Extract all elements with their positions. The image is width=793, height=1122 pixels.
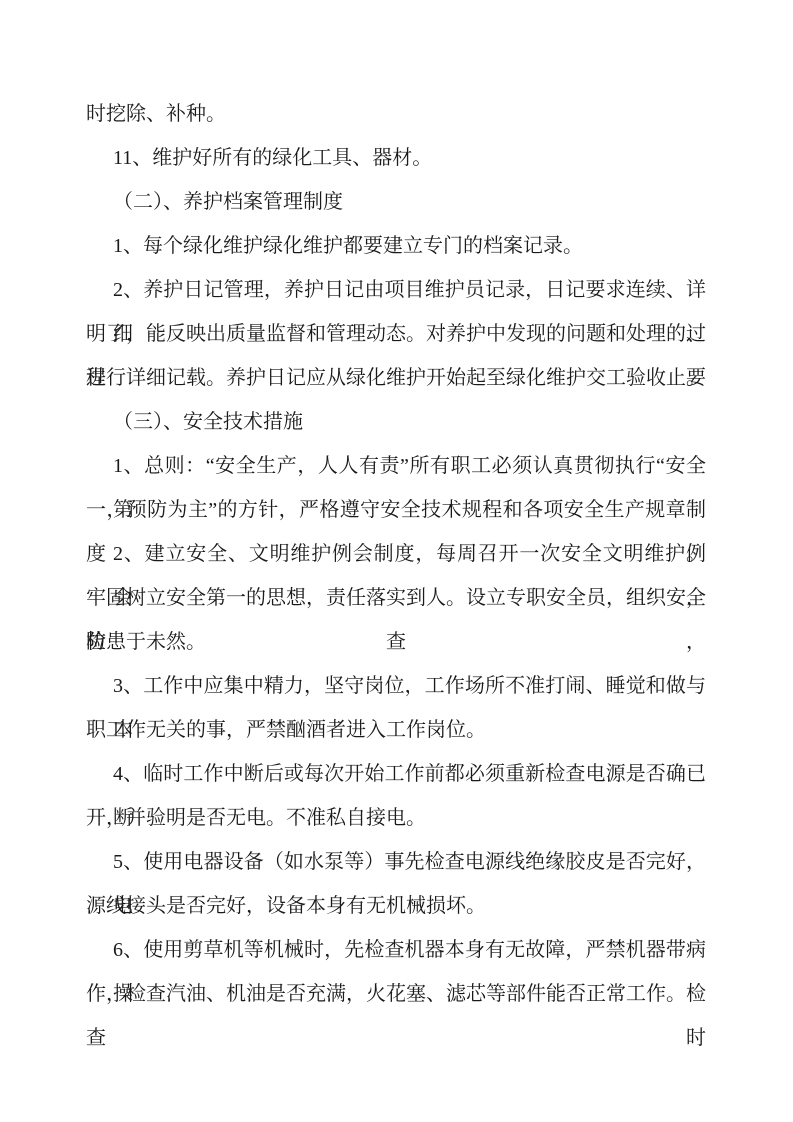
document-text-body: 时挖除、补种。11、维护好所有的绿化工具、器材。（二）、养护档案管理制度1、每个… [86,92,706,1016]
text-line: 时挖除、补种。 [86,92,706,136]
text-line: 5、使用电器设备（如水泵等）事先检查电源线绝缘胶皮是否完好，电 [86,840,706,884]
text-line: 2、养护日记管理，养护日记由项目维护员记录，日记要求连续、详细、 [86,268,706,312]
text-line: 一，预防为主”的方针，严格遵守安全技术规程和各项安全生产规章制度。 [86,488,706,532]
text-line: 进行详细记载。养护日记应从绿化维护开始起至绿化维护交工验收止。 [86,356,706,400]
text-line: 6、使用剪草机等机械时，先检查机器本身有无故障，严禁机器带病操 [86,928,706,972]
text-line: 明了，能反映出质量监督和管理动态。对养护中发现的问题和处理的过程要 [86,312,706,356]
text-line: 11、维护好所有的绿化工具、器材。 [86,136,706,180]
text-line: 作，检查汽油、机油是否充满，火花塞、滤芯等部件能否正常工作。检查时 [86,972,706,1016]
text-line: （三）、安全技术措施 [86,400,706,444]
document-page: 时挖除、补种。11、维护好所有的绿化工具、器材。（二）、养护档案管理制度1、每个… [0,0,793,1122]
text-line: 开，并验明是否无电。不准私自接电。 [86,796,706,840]
text-line: 源线接头是否完好，设备本身有无机械损坏。 [86,884,706,928]
text-line: 3、工作中应集中精力，坚守岗位，工作场所不准打闹、睡觉和做与本 [86,664,706,708]
text-line: 1、每个绿化维护绿化维护都要建立专门的档案记录。 [86,224,706,268]
text-line: 4、临时工作中断后或每次开始工作前都必须重新检查电源是否确已断 [86,752,706,796]
text-line: 2、建立安全、文明维护例会制度，每周召开一次安全文明维护例会， [86,532,706,576]
text-line: 牢固树立安全第一的思想，责任落实到人。设立专职安全员，组织安全检查， [86,576,706,620]
text-line: 1、总则：“安全生产，人人有责”所有职工必须认真贯彻执行“安全第 [86,444,706,488]
text-line: （二）、养护档案管理制度 [86,180,706,224]
text-line: 职工作无关的事，严禁酗酒者进入工作岗位。 [86,708,706,752]
